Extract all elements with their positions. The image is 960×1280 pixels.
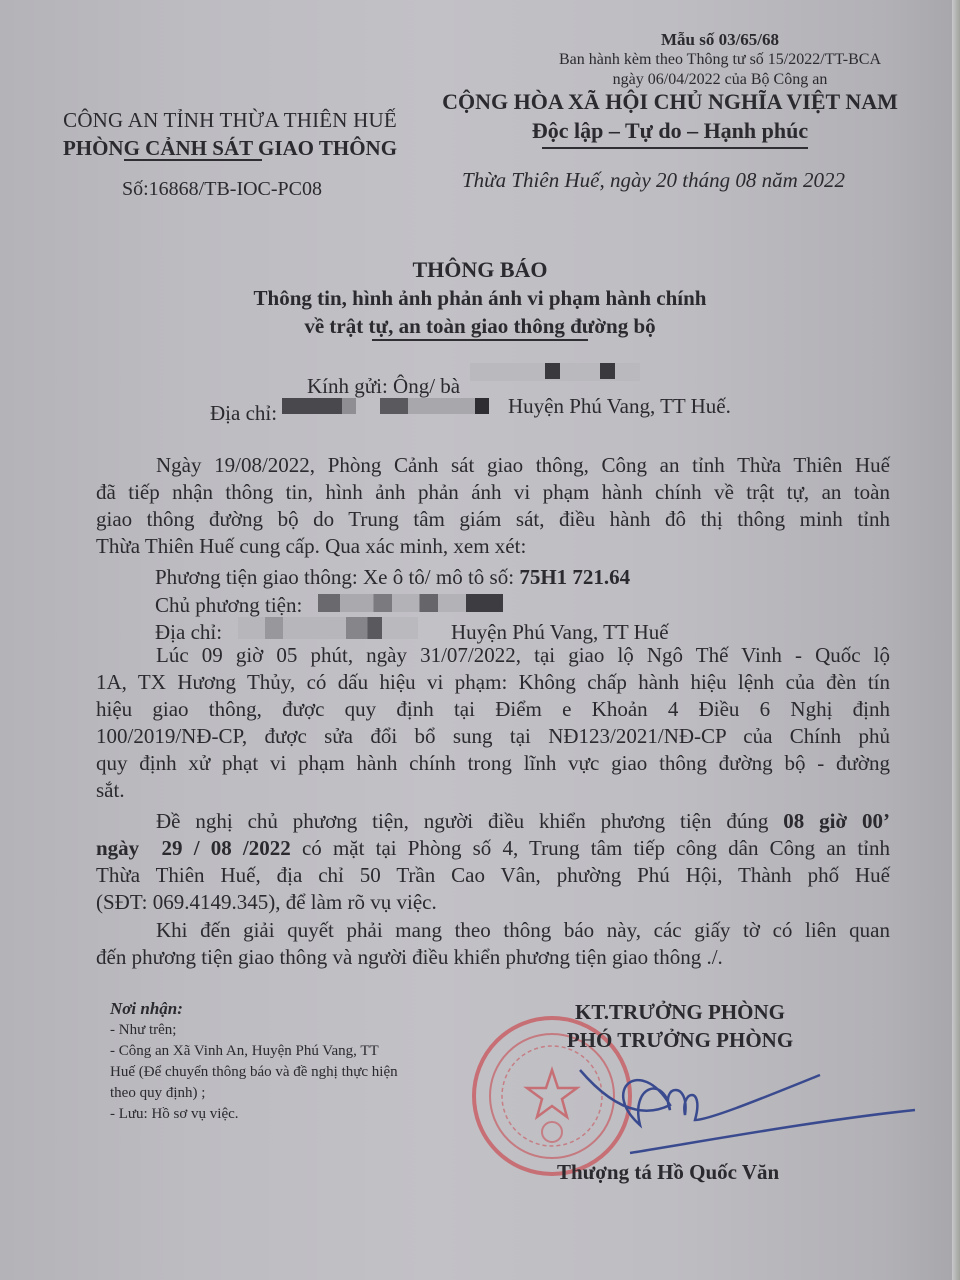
form-issued-with: Ban hành kèm theo Thông tư số 15/2022/TT… [530, 50, 910, 70]
intro-paragraph: Ngày 19/08/2022, Phòng Cảnh sát giao thô… [96, 452, 890, 560]
document-number: Số:16868/TB-IOC-PC08 [122, 178, 322, 201]
violation-line: quy định xử phạt vi phạm hành chính tron… [96, 750, 890, 777]
signature-position: PHÓ TRƯỞNG PHÒNG [540, 1026, 820, 1054]
recipient-line: - Như trên; [110, 1020, 470, 1041]
form-reference: Mẫu số 03/65/68 Ban hành kèm theo Thông … [530, 30, 910, 90]
recipients-heading: Nơi nhận: [110, 998, 470, 1020]
place-date: Thừa Thiên Huế, ngày 20 tháng 08 năm 202… [462, 168, 845, 193]
violation-line: hiệu giao thông, được quy định tại Điểm … [96, 696, 890, 723]
republic-motto: Độc lập – Tự do – Hạnh phúc [420, 116, 920, 146]
republic-header: CỘNG HÒA XÃ HỘI CHỦ NGHĨA VIỆT NAM Độc l… [420, 88, 920, 146]
request-text: Đề nghị chủ phương tiện, người điều khiể… [156, 809, 768, 833]
request-line: Đề nghị chủ phương tiện, người điều khiể… [96, 808, 890, 835]
request-line: Thừa Thiên Huế, địa chỉ 50 Trần Cao Vân,… [96, 862, 890, 889]
recipient-line: - Lưu: Hồ sơ vụ việc. [110, 1104, 470, 1125]
violation-line: 100/2019/NĐ-CP, được sửa đổi bổ sung tại… [96, 723, 890, 750]
vehicle-line: Phương tiện giao thông: Xe ô tô/ mô tô s… [155, 565, 630, 590]
redacted-address [282, 398, 342, 414]
recipients-block: Nơi nhận: - Như trên; - Công an Xã Vinh … [110, 998, 470, 1125]
notice-title: THÔNG BÁO Thông tin, hình ảnh phản ánh v… [200, 256, 760, 340]
notice-heading: THÔNG BÁO [200, 256, 760, 284]
violation-line: sắt. [96, 777, 890, 804]
signature-on-behalf: KT.TRƯỞNG PHÒNG [540, 998, 820, 1026]
violation-line: Lúc 09 giờ 05 phút, ngày 31/07/2022, tại… [96, 642, 890, 669]
request-line: (SĐT: 069.4149.345), để làm rõ vụ việc. [96, 889, 890, 916]
signer-name: Thượng tá Hồ Quốc Văn [557, 1160, 779, 1185]
address-visible: Huyện Phú Vang, TT Huế. [508, 394, 731, 419]
greeting-label: Kính gửi: Ông/ bà [307, 374, 460, 399]
recipient-line: - Công an Xã Vinh An, Huyện Phú Vang, TT [110, 1041, 470, 1062]
plate-number: 75H1 721.64 [519, 565, 630, 589]
title-underline [372, 339, 588, 341]
agency-parent: CÔNG AN TỈNH THỪA THIÊN HUẾ [40, 106, 420, 134]
violation-paragraph: Lúc 09 giờ 05 phút, ngày 31/07/2022, tại… [96, 642, 890, 804]
notice-subtitle-1: Thông tin, hình ảnh phản ánh vi phạm hàn… [200, 284, 760, 312]
closing-paragraph: Khi đến giải quyết phải mang theo thông … [96, 917, 890, 971]
appointment-time: 08 giờ 00’ [783, 809, 890, 833]
intro-line: Thừa Thiên Huế cung cấp. Qua xác minh, x… [96, 533, 890, 560]
request-paragraph: Đề nghị chủ phương tiện, người điều khiể… [96, 808, 890, 916]
redacted-block [475, 398, 489, 414]
agency-department: PHÒNG CẢNH SÁT GIAO THÔNG [40, 134, 420, 162]
redacted-owner-address [238, 617, 418, 639]
handwritten-signature-icon [570, 1065, 920, 1160]
intro-line: đã tiếp nhận thông tin, hình ảnh phản án… [96, 479, 890, 506]
redacted-block [380, 398, 408, 414]
recipient-line: theo quy định) ; [110, 1083, 470, 1104]
document-page: Mẫu số 03/65/68 Ban hành kèm theo Thông … [0, 0, 960, 1280]
notice-subtitle-2: về trật tự, an toàn giao thông đường bộ [200, 312, 760, 340]
request-text: có mặt tại Phòng số 4, Trung tâm tiếp cô… [302, 836, 890, 860]
form-issued-date: ngày 06/04/2022 của Bộ Công an [530, 70, 910, 90]
redacted-block [342, 398, 356, 414]
redacted-block [600, 363, 615, 379]
address-label: Địa chỉ: [210, 401, 277, 426]
redacted-owner [318, 594, 503, 612]
intro-line: Ngày 19/08/2022, Phòng Cảnh sát giao thô… [96, 452, 890, 479]
appointment-date: ngày 29 / 08 /2022 [96, 836, 291, 860]
agency-header: CÔNG AN TỈNH THỪA THIÊN HUẾ PHÒNG CẢNH S… [40, 106, 420, 162]
signature-block: KT.TRƯỞNG PHÒNG PHÓ TRƯỞNG PHÒNG [540, 998, 820, 1054]
redacted-block [545, 363, 560, 379]
vehicle-label: Phương tiện giao thông: Xe ô tô/ mô tô s… [155, 565, 514, 589]
motto-underline [542, 147, 808, 149]
violation-line: 1A, TX Hương Thủy, có dấu hiệu vi phạm: … [96, 669, 890, 696]
recipient-line: Huế (Để chuyển thông báo và đề nghị thực… [110, 1062, 470, 1083]
form-number: Mẫu số 03/65/68 [530, 30, 910, 50]
republic-name: CỘNG HÒA XÃ HỘI CHỦ NGHĨA VIỆT NAM [420, 88, 920, 116]
closing-line: đến phương tiện giao thông và người điều… [96, 944, 890, 971]
owner-label: Chủ phương tiện: [155, 593, 302, 618]
request-line: ngày 29 / 08 /2022 có mặt tại Phòng số 4… [96, 835, 890, 862]
closing-line: Khi đến giải quyết phải mang theo thông … [96, 917, 890, 944]
agency-underline [124, 159, 262, 161]
intro-line: giao thông đường bộ do Trung tâm giám sá… [96, 506, 890, 533]
